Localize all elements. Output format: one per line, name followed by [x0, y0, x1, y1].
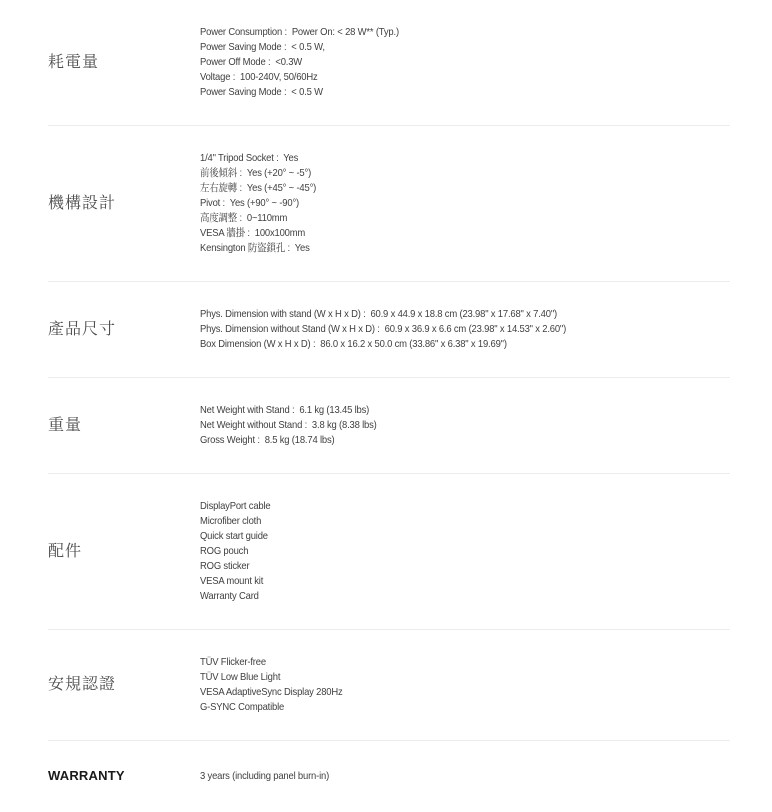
spec-line: Pivot : Yes (+90° ~ -90°)	[200, 196, 677, 211]
spec-line: Net Weight without Stand : 3.8 kg (8.38 …	[200, 418, 677, 433]
spec-label-power-consumption: 耗電量	[48, 53, 200, 73]
spec-lines-weight: Net Weight with Stand : 6.1 kg (13.45 lb…	[200, 403, 677, 448]
spec-line: 1/4" Tripod Socket : Yes	[200, 151, 677, 166]
spec-line: Kensington 防盜鎖孔 : Yes	[200, 241, 677, 256]
spec-row-weight: 重量Net Weight with Stand : 6.1 kg (13.45 …	[48, 378, 730, 474]
spec-row-warranty: WARRANTY3 years (including panel burn-in…	[48, 741, 730, 811]
spec-lines-warranty: 3 years (including panel burn-in)	[200, 769, 677, 784]
spec-row-mechanical-design: 機構設計1/4" Tripod Socket : Yes前後傾斜 : Yes (…	[48, 126, 730, 282]
spec-lines-mechanical-design: 1/4" Tripod Socket : Yes前後傾斜 : Yes (+20°…	[200, 151, 677, 256]
spec-label-weight: 重量	[48, 416, 200, 436]
spec-line: Net Weight with Stand : 6.1 kg (13.45 lb…	[200, 403, 677, 418]
spec-label-compliance: 安規認證	[48, 675, 200, 695]
spec-line: Phys. Dimension without Stand (W x H x D…	[200, 322, 677, 337]
spec-line: VESA 牆掛 : 100x100mm	[200, 226, 677, 241]
spec-line: 3 years (including panel burn-in)	[200, 769, 677, 784]
spec-line: Voltage : 100-240V, 50/60Hz	[200, 70, 677, 85]
spec-lines-compliance: TÜV Flicker-freeTÜV Low Blue LightVESA A…	[200, 655, 677, 715]
spec-line: 前後傾斜 : Yes (+20° ~ -5°)	[200, 166, 677, 181]
spec-lines-accessories: DisplayPort cableMicrofiber clothQuick s…	[200, 499, 677, 604]
spec-row-power-consumption: 耗電量Power Consumption : Power On: < 28 W*…	[48, 0, 730, 126]
spec-lines-power-consumption: Power Consumption : Power On: < 28 W** (…	[200, 25, 677, 100]
spec-line: Microfiber cloth	[200, 514, 677, 529]
spec-line: Gross Weight : 8.5 kg (18.74 lbs)	[200, 433, 677, 448]
spec-table: 耗電量Power Consumption : Power On: < 28 W*…	[48, 0, 730, 811]
spec-line: Box Dimension (W x H x D) : 86.0 x 16.2 …	[200, 337, 677, 352]
spec-line: VESA mount kit	[200, 574, 677, 589]
spec-line: Power Saving Mode : < 0.5 W,	[200, 40, 677, 55]
spec-label-product-dimensions: 產品尺寸	[48, 320, 200, 340]
spec-line: Power Saving Mode : < 0.5 W	[200, 85, 677, 100]
spec-line: DisplayPort cable	[200, 499, 677, 514]
spec-line: Phys. Dimension with stand (W x H x D) :…	[200, 307, 677, 322]
spec-line: Quick start guide	[200, 529, 677, 544]
spec-line: Warranty Card	[200, 589, 677, 604]
spec-line: G-SYNC Compatible	[200, 700, 677, 715]
spec-line: Power Consumption : Power On: < 28 W** (…	[200, 25, 677, 40]
spec-label-mechanical-design: 機構設計	[48, 194, 200, 214]
spec-line: ROG pouch	[200, 544, 677, 559]
spec-line: VESA AdaptiveSync Display 280Hz	[200, 685, 677, 700]
spec-label-accessories: 配件	[48, 542, 200, 562]
spec-row-accessories: 配件DisplayPort cableMicrofiber clothQuick…	[48, 474, 730, 630]
spec-label-warranty: WARRANTY	[48, 766, 200, 786]
spec-line: 左右旋轉 : Yes (+45° ~ -45°)	[200, 181, 677, 196]
spec-line: ROG sticker	[200, 559, 677, 574]
spec-line: 高度調整 : 0~110mm	[200, 211, 677, 226]
spec-line: TÜV Low Blue Light	[200, 670, 677, 685]
spec-row-compliance: 安規認證TÜV Flicker-freeTÜV Low Blue LightVE…	[48, 630, 730, 741]
spec-lines-product-dimensions: Phys. Dimension with stand (W x H x D) :…	[200, 307, 677, 352]
spec-row-product-dimensions: 產品尺寸Phys. Dimension with stand (W x H x …	[48, 282, 730, 378]
spec-line: TÜV Flicker-free	[200, 655, 677, 670]
spec-line: Power Off Mode : <0.3W	[200, 55, 677, 70]
